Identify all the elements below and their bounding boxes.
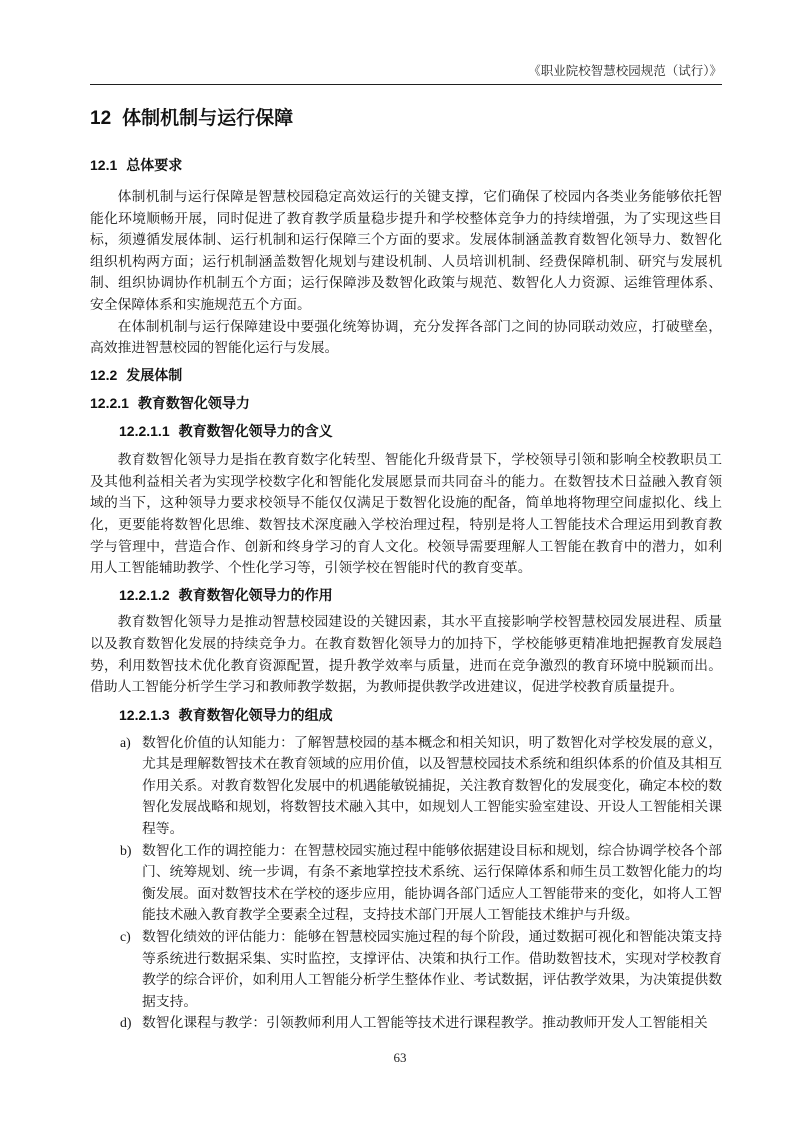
section-number: 12.2.1 [90, 395, 129, 411]
section-heading-12-1: 12.1总体要求 [90, 155, 722, 175]
list-item-d: d) 数智化课程与教学：引领教师利用人工智能等技术进行课程教学。推动教师开发人工… [90, 1012, 722, 1034]
list-item-text: 数智化课程与教学：引领教师利用人工智能等技术进行课程教学。推动教师开发人工智能相… [142, 1015, 708, 1030]
section-heading-12-2-1-2: 12.2.1.2教育数智化领导力的作用 [90, 585, 722, 605]
section-number: 12.2.1.3 [119, 707, 170, 723]
chapter-title: 体制机制与运行保障 [122, 108, 293, 129]
list-item-text: 数智化绩效的评估能力：能够在智慧校园实施过程的每个阶段，通过数据可视化和智能决策… [142, 929, 722, 1009]
list-item-text: 数智化价值的认知能力：了解智慧校园的基本概念和相关知识，明了数智化对学校发展的意… [142, 735, 722, 836]
list-item-label: d) [120, 1012, 132, 1034]
list-item-label: a) [120, 732, 131, 754]
page-footer: 63 [0, 1050, 800, 1066]
section-heading-12-2-1-3: 12.2.1.3教育数智化领导力的组成 [90, 705, 722, 725]
list-item-a: a) 数智化价值的认知能力：了解智慧校园的基本概念和相关知识，明了数智化对学校发… [90, 732, 722, 840]
list-item-label: c) [120, 926, 131, 948]
section-heading-12-2-1: 12.2.1教育数智化领导力 [90, 393, 722, 413]
section-number: 12.2.1.1 [119, 423, 170, 439]
paragraph-12-2-1-1: 教育数智化领导力是指在教育数字化转型、智能化升级背景下，学校领导引领和影响全校教… [90, 449, 722, 579]
section-number: 12.2 [90, 367, 117, 383]
section-title: 总体要求 [126, 157, 182, 173]
page-content: 12体制机制与运行保障 12.1总体要求 体制机制与运行保障是智慧校园稳定高效运… [90, 0, 722, 1034]
chapter-number: 12 [90, 108, 111, 129]
paragraph-12-2-1-2: 教育数智化领导力是推动智慧校园建设的关键因素，其水平直接影响学校智慧校园发展进程… [90, 611, 722, 697]
list-item-b: b) 数智化工作的调控能力：在智慧校园实施过程中能够依据建设目标和规划，综合协调… [90, 840, 722, 926]
list-item-text: 数智化工作的调控能力：在智慧校园实施过程中能够依据建设目标和规划，综合协调学校各… [142, 843, 722, 923]
list-item-c: c) 数智化绩效的评估能力：能够在智慧校园实施过程的每个阶段，通过数据可视化和智… [90, 926, 722, 1012]
section-title: 教育数智化领导力的组成 [179, 707, 333, 723]
section-heading-12-2: 12.2发展体制 [90, 365, 722, 385]
paragraph-overall-2: 在体制机制与运行保障建设中要强化统筹协调，充分发挥各部门之间的协同联动效应，打破… [90, 316, 722, 359]
section-number: 12.2.1.2 [119, 587, 170, 603]
lettered-list: a) 数智化价值的认知能力：了解智慧校园的基本概念和相关知识，明了数智化对学校发… [90, 732, 722, 1034]
section-number: 12.1 [90, 157, 117, 173]
section-heading-12-2-1-1: 12.2.1.1教育数智化领导力的含义 [90, 421, 722, 441]
section-title: 发展体制 [126, 367, 182, 383]
page-number: 63 [394, 1050, 407, 1065]
section-title: 教育数智化领导力的作用 [179, 587, 333, 603]
section-title: 教育数智化领导力的含义 [179, 423, 333, 439]
section-title: 教育数智化领导力 [138, 395, 250, 411]
paragraph-overall-1: 体制机制与运行保障是智慧校园稳定高效运行的关键支撑，它们确保了校园内各类业务能够… [90, 186, 722, 316]
list-item-label: b) [120, 840, 132, 862]
chapter-heading: 12体制机制与运行保障 [90, 105, 722, 132]
document-page: 《职业院校智慧校园规范（试行）》 12体制机制与运行保障 12.1总体要求 体制… [0, 0, 800, 1131]
